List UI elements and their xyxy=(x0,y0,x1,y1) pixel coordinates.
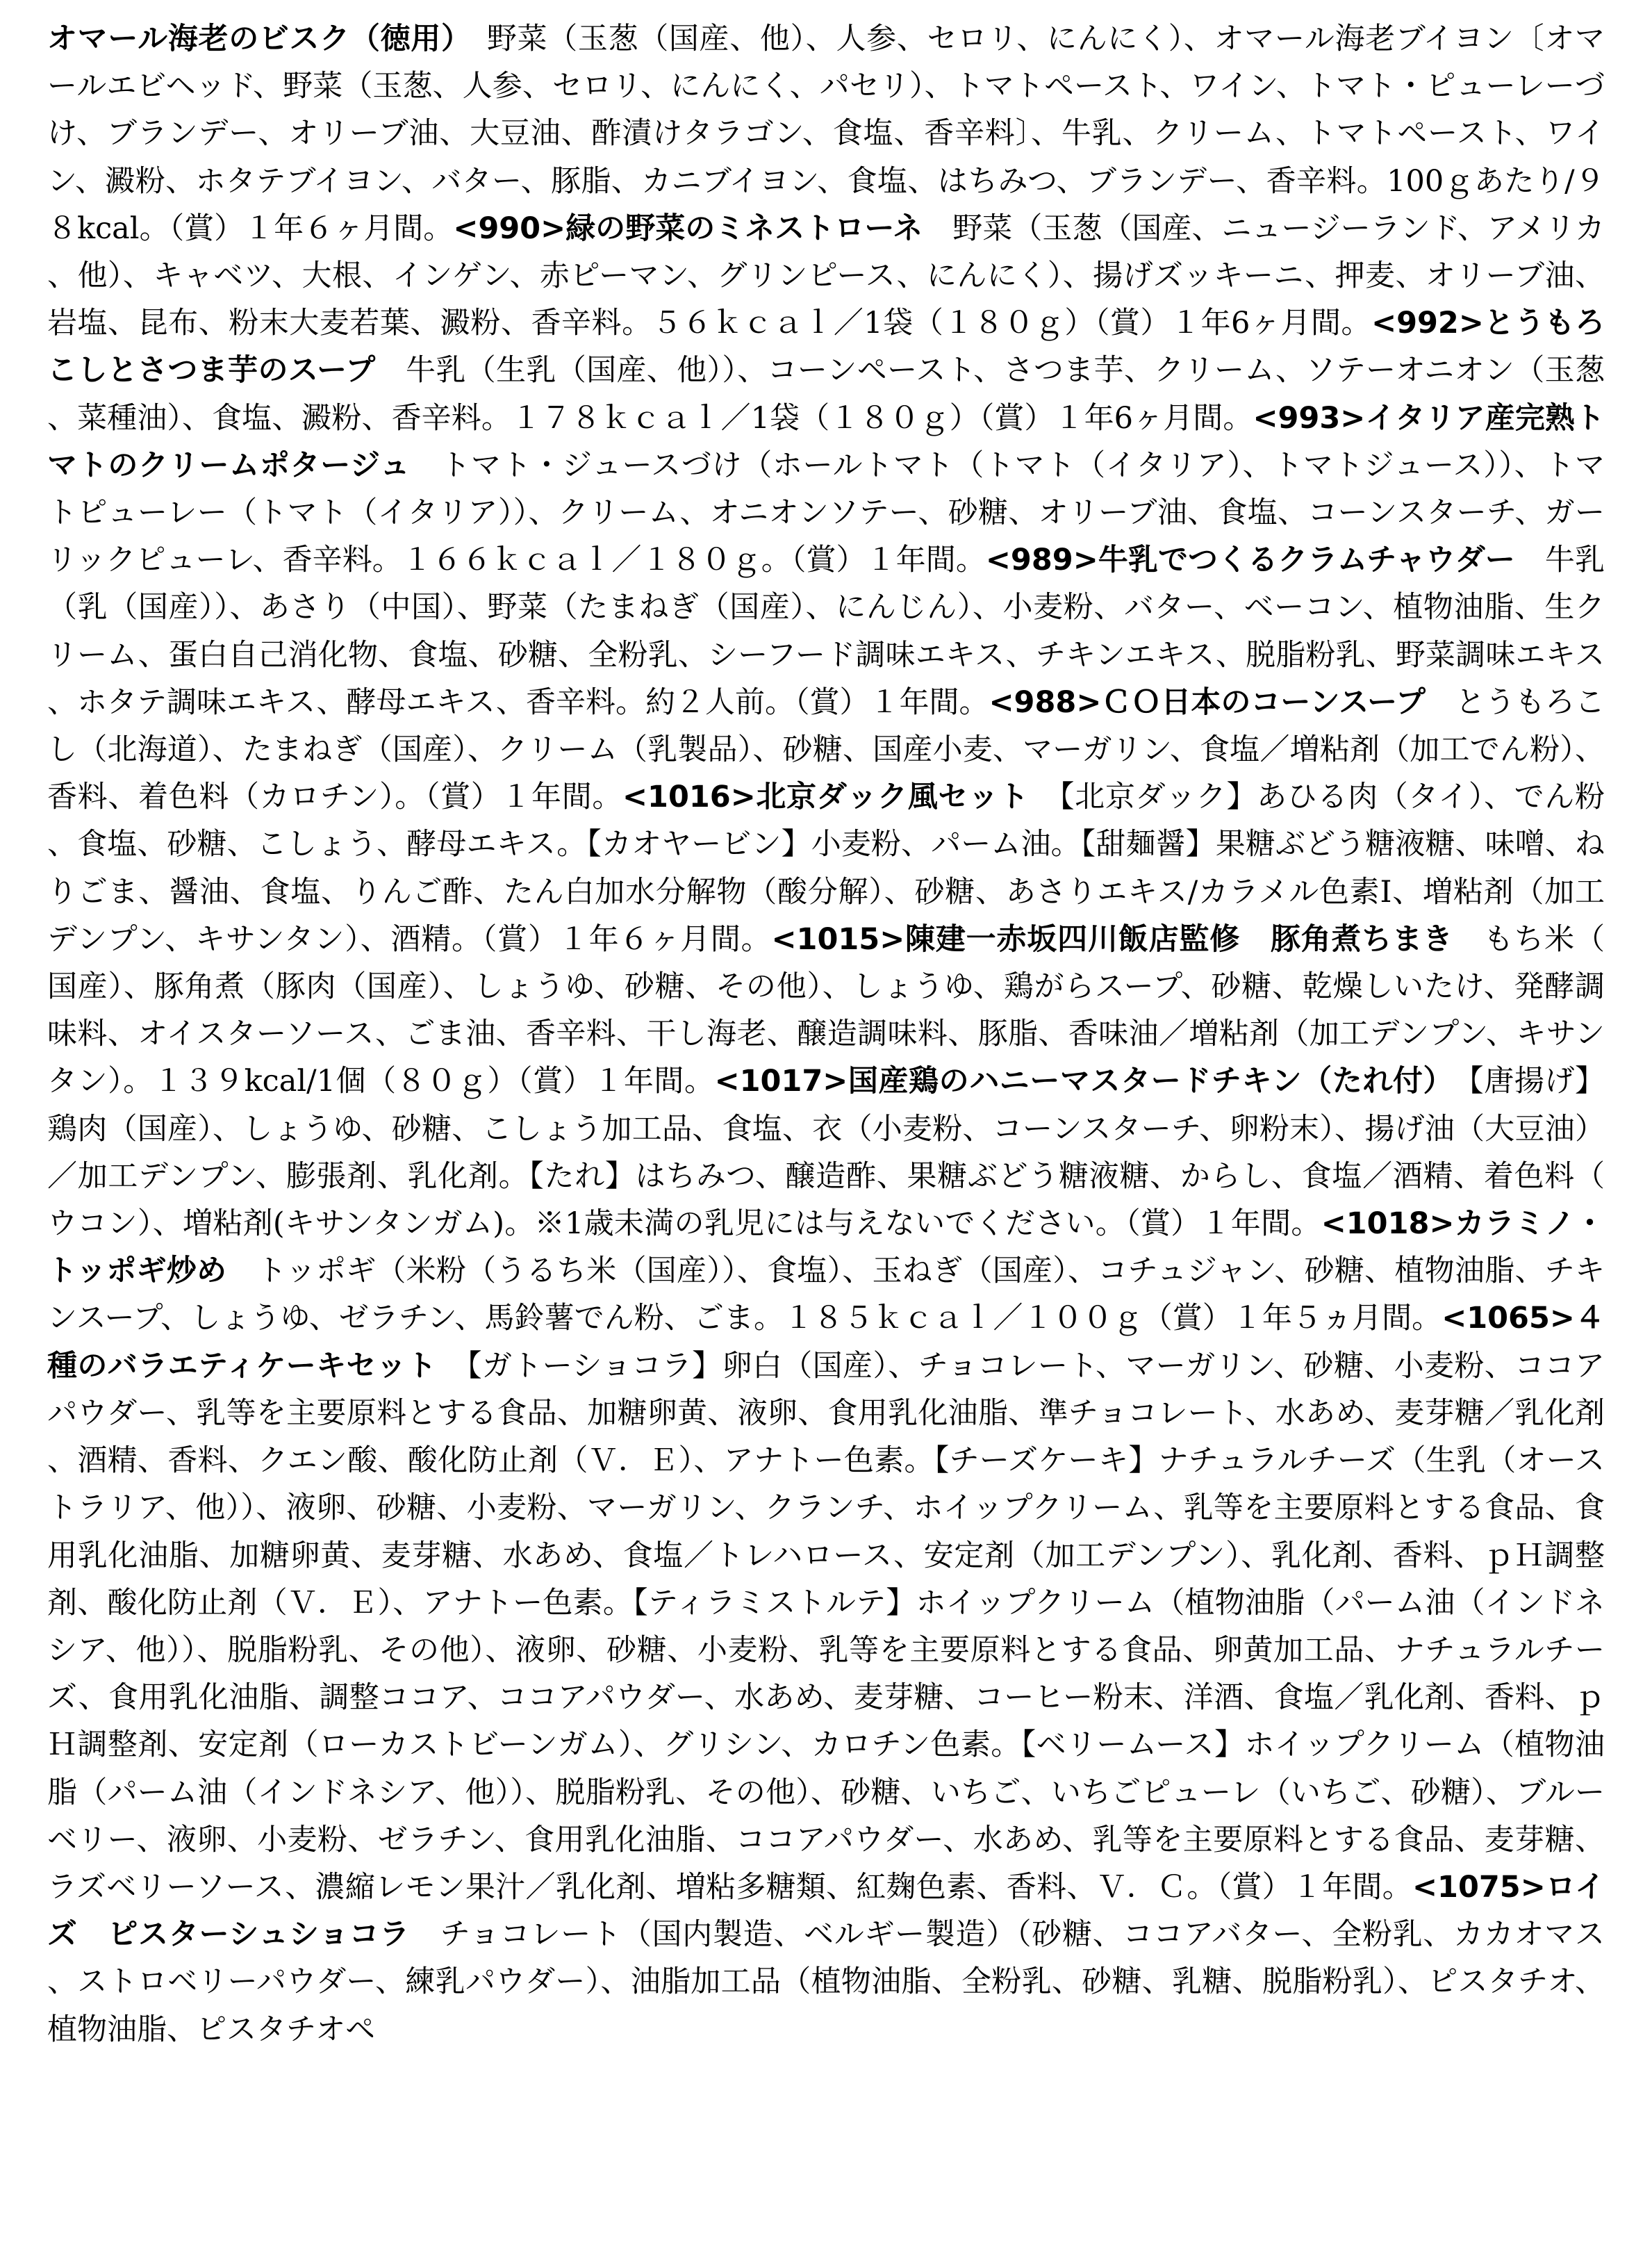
product-title: <1016>北京ダック風セット xyxy=(622,780,1029,814)
product-title: <1017>国産鶏のハニーマスタードチキン（たれ付） xyxy=(715,1064,1439,1099)
product-title: <1015>陳建一赤坂四川飯店監修 豚角煮ちまき xyxy=(772,922,1453,957)
product-title: <989>牛乳でつくるクラムチャウダー xyxy=(986,543,1515,577)
product-title: オマール海老のビスク（徳用） xyxy=(47,22,456,56)
product-title: <988>ＣＯ日本のコーンスープ xyxy=(989,685,1426,720)
ingredient-paragraph: オマール海老のビスク（徳用） 野菜（玉葱（国産、他）、人参、セロリ、にんにく）、… xyxy=(47,15,1605,2053)
product-ingredients: トッポギ（米粉（うるち米（国産））、食塩）、玉ねぎ（国産）、コチュジャン、砂糖、… xyxy=(47,1254,1605,1336)
product-ingredients: 【ガトーショコラ】卵白（国産）、チョコレート、マーガリン、砂糖、小麦粉、ココアパ… xyxy=(47,1349,1605,1905)
product-title: <990>緑の野菜のミネストローネ xyxy=(453,211,923,246)
document-page: オマール海老のビスク（徳用） 野菜（玉葱（国産、他）、人参、セロリ、にんにく）、… xyxy=(47,15,1605,2053)
